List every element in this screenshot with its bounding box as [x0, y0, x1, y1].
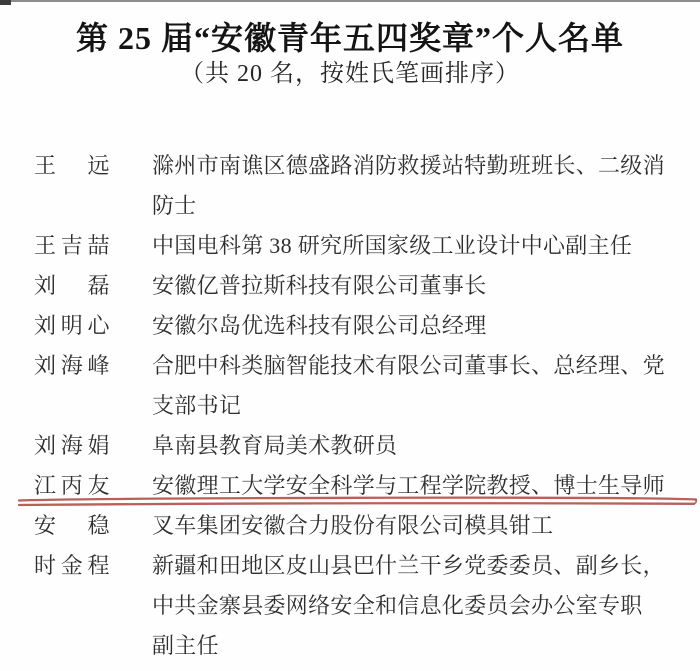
list-item: 江丙友 安徽理工大学安全科学与工程学院教授、博士生导师 — [0, 466, 700, 506]
scan-artifact-corner-mark — [0, 0, 11, 5]
list-item: 刘海娟 阜南县教育局美术教研员 — [0, 426, 700, 466]
awardee-name: 安稳 — [34, 506, 110, 546]
awardee-name: 刘海娟 — [34, 426, 110, 466]
awardee-description: 滁州市南谯区德盛路消防救援站特勤班班长、二级消 防士 — [152, 146, 700, 226]
awardee-name: 王吉喆 — [34, 226, 110, 266]
list-item: 时金程 新疆和田地区皮山县巴什兰干乡党委委员、副乡长， 中共金寨县委网络安全和信… — [0, 546, 700, 666]
page-subtitle: （共 20 名，按姓氏笔画排序） — [0, 58, 700, 90]
awardee-list: 王远 滁州市南谯区德盛路消防救援站特勤班班长、二级消 防士 王吉喆 中国电科第 … — [0, 146, 700, 666]
awardee-name: 时金程 — [34, 546, 110, 586]
awardee-description: 中国电科第 38 研究所国家级工业设计中心副主任 — [152, 226, 700, 266]
awardee-name: 刘明心 — [34, 306, 110, 346]
page-title: 第 25 届“安徽青年五四奖章”个人名单 — [0, 18, 700, 58]
awardee-name: 江丙友 — [34, 466, 110, 506]
awardee-name: 王远 — [34, 146, 110, 186]
scan-artifact-top-line — [0, 0, 700, 2]
awardee-description: 新疆和田地区皮山县巴什兰干乡党委委员、副乡长， 中共金寨县委网络安全和信息化委员… — [152, 546, 700, 666]
awardee-description: 安徽理工大学安全科学与工程学院教授、博士生导师 — [152, 466, 700, 506]
document-page: 第 25 届“安徽青年五四奖章”个人名单 （共 20 名，按姓氏笔画排序） 王远… — [0, 0, 700, 671]
awardee-description: 阜南县教育局美术教研员 — [152, 426, 700, 466]
list-item: 刘海峰 合肥中科类脑智能技术有限公司董事长、总经理、党 支部书记 — [0, 346, 700, 426]
awardee-description: 安徽尔岛优选科技有限公司总经理 — [152, 306, 700, 346]
list-item: 王远 滁州市南谯区德盛路消防救援站特勤班班长、二级消 防士 — [0, 146, 700, 226]
awardee-description: 叉车集团安徽合力股份有限公司模具钳工 — [152, 506, 700, 546]
list-item: 安稳 叉车集团安徽合力股份有限公司模具钳工 — [0, 506, 700, 546]
awardee-name: 刘磊 — [34, 266, 110, 306]
list-item: 刘明心 安徽尔岛优选科技有限公司总经理 — [0, 306, 700, 346]
awardee-description: 合肥中科类脑智能技术有限公司董事长、总经理、党 支部书记 — [152, 346, 700, 426]
list-item: 王吉喆 中国电科第 38 研究所国家级工业设计中心副主任 — [0, 226, 700, 266]
awardee-description: 安徽亿普拉斯科技有限公司董事长 — [152, 266, 700, 306]
awardee-name: 刘海峰 — [34, 346, 110, 386]
list-item: 刘磊 安徽亿普拉斯科技有限公司董事长 — [0, 266, 700, 306]
